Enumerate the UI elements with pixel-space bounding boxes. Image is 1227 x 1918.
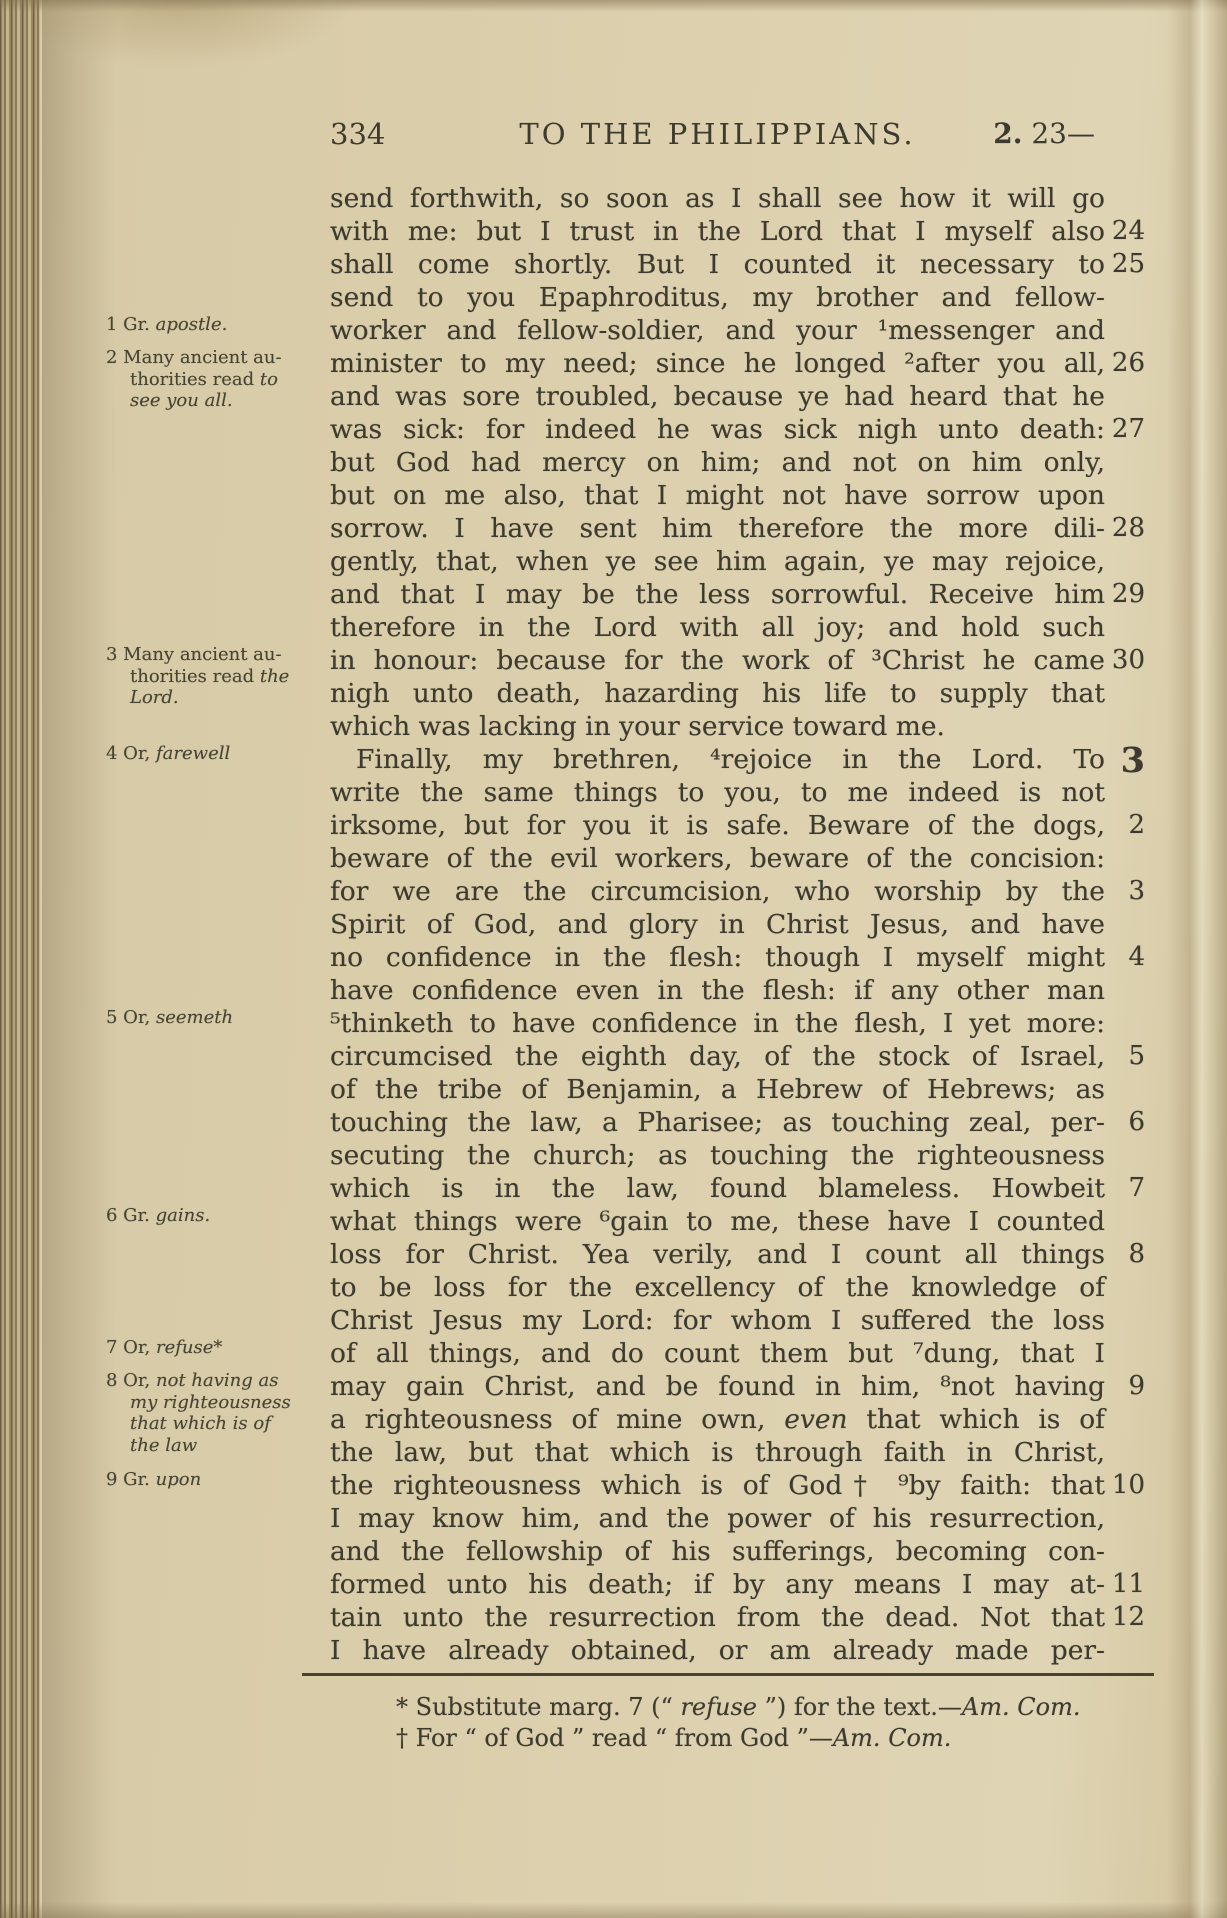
verse-text: send to you Epaphroditus, my brother and… xyxy=(330,281,1105,314)
italic-text: gains. xyxy=(156,1205,211,1226)
text-run: I may know him, and the power of his res… xyxy=(330,1503,1105,1534)
margin-note: 3 Many ancient au-thorities read theLord… xyxy=(106,644,328,709)
text-run: minister to my need; since he longed ²af… xyxy=(330,348,1105,379)
verse-text: no confidence in the flesh: though I mys… xyxy=(330,941,1105,974)
page-header: 334 TO THE PHILIPPIANS. 2. 23— xyxy=(330,116,1105,156)
text-run: in honour: because for the work of ³Chri… xyxy=(330,645,1105,676)
margin-note-line: 2 Many ancient au- xyxy=(130,347,328,369)
text-line: send to you Epaphroditus, my brother and… xyxy=(330,281,1145,314)
italic-text: the law xyxy=(130,1435,197,1456)
verse-text: nigh unto death, hazarding his life to s… xyxy=(330,677,1105,710)
text-run: 8 Or, xyxy=(106,1370,156,1391)
text-line: ⁵thinketh to have confidence in the fles… xyxy=(330,1007,1145,1040)
text-line: tain unto the resurrection from the dead… xyxy=(330,1601,1145,1634)
verse-text: send forthwith, so soon as I shall see h… xyxy=(330,182,1105,215)
verse-number xyxy=(1105,1007,1145,1040)
verse-number: 3 xyxy=(1105,875,1145,908)
text-line: but on me also, that I might not have so… xyxy=(330,479,1145,512)
verse-text: worker and fellow-soldier, and your ¹mes… xyxy=(330,314,1105,347)
text-run: tain unto the resurrection from the dead… xyxy=(330,1602,1105,1633)
body-text: send forthwith, so soon as I shall see h… xyxy=(330,182,1145,1667)
margin-note-line: 7 Or, refuse* xyxy=(130,1337,328,1359)
verse-number: 26 xyxy=(1105,347,1145,380)
verse-number xyxy=(1105,908,1145,941)
margin-note-line: my righteousness xyxy=(130,1392,328,1414)
margin-note-line: 3 Many ancient au- xyxy=(130,644,328,666)
text-run: 4 Or, xyxy=(106,743,156,764)
text-line: with me: but I trust in the Lord that I … xyxy=(330,215,1145,248)
italic-text: the xyxy=(260,666,289,687)
text-run: beware of the evil workers, beware of th… xyxy=(330,843,1105,874)
verse-reference-verses: 23— xyxy=(1022,117,1095,150)
verse-text: was sick: for indeed he was sick nigh un… xyxy=(330,413,1105,446)
margin-note-line: 1 Gr. apostle. xyxy=(130,314,328,336)
text-line: may gain Christ, and be found in him, ⁸n… xyxy=(330,1370,1145,1403)
verse-number: 10 xyxy=(1105,1469,1145,1502)
text-line: worker and fellow-soldier, and your ¹mes… xyxy=(330,314,1145,347)
margin-note-line: Lord. xyxy=(130,687,328,709)
text-run: touching the law, a Pharisee; as touchin… xyxy=(330,1107,1105,1138)
italic-text: that which is of xyxy=(130,1413,271,1434)
text-run: write the same things to you, to me inde… xyxy=(330,777,1105,808)
text-line: and that I may be the less sorrowful. Re… xyxy=(330,578,1145,611)
italic-text: farewell xyxy=(156,743,230,764)
verse-text: the righteousness which is of God† ⁹by f… xyxy=(330,1469,1105,1502)
verse-number: 9 xyxy=(1105,1370,1145,1403)
verse-number xyxy=(1105,1205,1145,1238)
text-line: for we are the circumcision, who worship… xyxy=(330,875,1145,908)
margin-note-line: see you all. xyxy=(130,390,328,412)
book-page-edges xyxy=(0,0,42,1918)
verse-number: 11 xyxy=(1105,1568,1145,1601)
text-line: have confidence even in the flesh: if an… xyxy=(330,974,1145,1007)
scanned-book-page: 334 TO THE PHILIPPIANS. 2. 23— 1 Gr. apo… xyxy=(0,0,1227,1918)
text-line: to be loss for the excellency of the kno… xyxy=(330,1271,1145,1304)
margin-note: 7 Or, refuse* xyxy=(106,1337,328,1359)
margin-note: 4 Or, farewell xyxy=(106,743,328,765)
text-run: therefore in the Lord with all joy; and … xyxy=(330,612,1105,643)
text-run: to be loss for the excellency of the kno… xyxy=(330,1272,1105,1303)
margin-note-line: the law xyxy=(130,1435,328,1457)
verse-text: I have already obtained, or am already m… xyxy=(330,1634,1105,1667)
text-line: the righteousness which is of God† ⁹by f… xyxy=(330,1469,1145,1502)
text-run: and the fellowship of his sufferings, be… xyxy=(330,1536,1105,1567)
verse-text: touching the law, a Pharisee; as touchin… xyxy=(330,1106,1105,1139)
verse-text: loss for Christ. Yea verily, and I count… xyxy=(330,1238,1105,1271)
italic-text: to xyxy=(260,369,278,390)
verse-text: gently, that, when ye see him again, ye … xyxy=(330,545,1105,578)
text-run: what things were ⁶gain to me, these have… xyxy=(330,1206,1105,1237)
verse-text: shall come shortly. But I counted it nec… xyxy=(330,248,1105,281)
verse-number xyxy=(1105,611,1145,644)
verse-number xyxy=(1105,1634,1145,1667)
text-run: circumcised the eighth day, of the stock… xyxy=(330,1041,1105,1072)
text-run: was sick: for indeed he was sick nigh un… xyxy=(330,414,1105,445)
verse-number xyxy=(1105,710,1145,743)
verse-number xyxy=(1105,1502,1145,1535)
text-run: which was lacking in your service toward… xyxy=(330,711,945,742)
verse-text: in honour: because for the work of ³Chri… xyxy=(330,644,1105,677)
text-line: touching the law, a Pharisee; as touchin… xyxy=(330,1106,1145,1139)
text-run: Christ Jesus my Lord: for whom I suffere… xyxy=(330,1305,1105,1336)
verse-text: secuting the church; as touching the rig… xyxy=(330,1139,1105,1172)
text-line: a righteousness of mine own, even that w… xyxy=(330,1403,1145,1436)
text-line: circumcised the eighth day, of the stock… xyxy=(330,1040,1145,1073)
text-line: was sick: for indeed he was sick nigh un… xyxy=(330,413,1145,446)
verse-number: 6 xyxy=(1105,1106,1145,1139)
margin-note-line: 4 Or, farewell xyxy=(130,743,328,765)
footnote-line: * Substitute marg. 7 (“ refuse ”) for th… xyxy=(396,1692,1116,1723)
running-title: TO THE PHILIPPIANS. xyxy=(330,116,1105,152)
italic-text: Lord. xyxy=(130,687,179,708)
verse-text: have confidence even in the flesh: if an… xyxy=(330,974,1105,1007)
margin-note-line: thorities read the xyxy=(130,666,328,688)
margin-note: 9 Gr. upon xyxy=(106,1469,328,1491)
verse-number: 8 xyxy=(1105,1238,1145,1271)
text-line: I may know him, and the power of his res… xyxy=(330,1502,1145,1535)
footnotes: * Substitute marg. 7 (“ refuse ”) for th… xyxy=(396,1692,1116,1754)
italic-text: my righteousness xyxy=(130,1392,291,1413)
verse-number xyxy=(1105,380,1145,413)
verse-number: 29 xyxy=(1105,578,1145,611)
verse-number: 25 xyxy=(1105,248,1145,281)
verse-number xyxy=(1105,545,1145,578)
italic-text: seemeth xyxy=(156,1007,233,1028)
verse-number xyxy=(1105,1337,1145,1370)
text-line: the law, but that which is through faith… xyxy=(330,1436,1145,1469)
text-run: irksome, but for you it is safe. Beware … xyxy=(330,810,1105,841)
text-run: thorities read xyxy=(130,666,260,687)
verse-number xyxy=(1105,1304,1145,1337)
text-line: in honour: because for the work of ³Chri… xyxy=(330,644,1145,677)
text-run: sorrow. I have sent him therefore the mo… xyxy=(330,513,1105,544)
italic-text: refuse* xyxy=(156,1337,222,1358)
verse-number xyxy=(1105,677,1145,710)
verse-text: tain unto the resurrection from the dead… xyxy=(330,1601,1105,1634)
verse-text: and was sore troubled, because ye had he… xyxy=(330,380,1105,413)
verse-text: formed unto his death; if by any means I… xyxy=(330,1568,1105,1601)
gutter-shadow xyxy=(42,0,117,1918)
verse-text: and that I may be the less sorrowful. Re… xyxy=(330,578,1105,611)
text-line: and was sore troubled, because ye had he… xyxy=(330,380,1145,413)
text-run: Finally, my brethren, ⁴rejoice in the Lo… xyxy=(356,744,1105,775)
text-run: which is in the law, found blameless. Ho… xyxy=(330,1173,1105,1204)
verse-text: of the tribe of Benjamin, a Hebrew of He… xyxy=(330,1073,1105,1106)
margin-note: 1 Gr. apostle. xyxy=(106,314,328,336)
verse-text: to be loss for the excellency of the kno… xyxy=(330,1271,1105,1304)
verse-text: the law, but that which is through faith… xyxy=(330,1436,1105,1469)
verse-number xyxy=(1105,842,1145,875)
text-line: therefore in the Lord with all joy; and … xyxy=(330,611,1145,644)
footnote-line: † For “ of God ” read “ from God ”—Am. C… xyxy=(396,1723,1116,1754)
verse-number xyxy=(1105,281,1145,314)
margin-note-line: 9 Gr. upon xyxy=(130,1469,328,1491)
text-run: have confidence even in the flesh: if an… xyxy=(330,975,1105,1006)
italic-text: refuse xyxy=(680,1693,757,1721)
verse-reference-chapter: 2. xyxy=(993,117,1022,150)
text-line: which was lacking in your service toward… xyxy=(330,710,1145,743)
verse-text: for we are the circumcision, who worship… xyxy=(330,875,1105,908)
verse-number: 2 xyxy=(1105,809,1145,842)
margin-note: 5 Or, seemeth xyxy=(106,1007,328,1029)
verse-text: therefore in the Lord with all joy; and … xyxy=(330,611,1105,644)
text-line: send forthwith, so soon as I shall see h… xyxy=(330,182,1145,215)
text-run: ⁵thinketh to have confidence in the fles… xyxy=(330,1008,1105,1039)
text-line: which is in the law, found blameless. Ho… xyxy=(330,1172,1145,1205)
verse-text: Finally, my brethren, ⁴rejoice in the Lo… xyxy=(330,743,1105,776)
text-run: worker and fellow-soldier, and your ¹mes… xyxy=(330,315,1105,346)
text-run: no confidence in the flesh: though I mys… xyxy=(330,942,1105,973)
top-edge-shadow xyxy=(0,0,1227,12)
verse-text: but God had mercy on him; and not on him… xyxy=(330,446,1105,479)
text-run: loss for Christ. Yea verily, and I count… xyxy=(330,1239,1105,1270)
text-run: formed unto his death; if by any means I… xyxy=(330,1569,1105,1600)
text-line: shall come shortly. But I counted it nec… xyxy=(330,248,1145,281)
margin-note-line: 8 Or, not having as xyxy=(130,1370,328,1392)
text-run: the righteousness which is of God† ⁹by f… xyxy=(330,1470,1105,1501)
bottom-edge-shadow xyxy=(0,1902,1227,1918)
text-run: nigh unto death, hazarding his life to s… xyxy=(330,678,1105,709)
verse-number xyxy=(1105,1535,1145,1568)
text-line: formed unto his death; if by any means I… xyxy=(330,1568,1145,1601)
text-run: 9 Gr. xyxy=(106,1469,156,1490)
text-run: secuting the church; as touching the rig… xyxy=(330,1140,1105,1171)
text-line: secuting the church; as touching the rig… xyxy=(330,1139,1145,1172)
text-line: and the fellowship of his sufferings, be… xyxy=(330,1535,1145,1568)
text-run: 2 Many ancient au- xyxy=(106,347,282,368)
verse-number xyxy=(1105,776,1145,809)
italic-text: see you all. xyxy=(130,390,233,411)
text-run: thorities read xyxy=(130,369,260,390)
page-curl-edge xyxy=(1167,0,1227,1918)
verse-text: with me: but I trust in the Lord that I … xyxy=(330,215,1105,248)
text-run: send forthwith, so soon as I shall see h… xyxy=(330,183,1105,214)
verse-number xyxy=(1105,974,1145,1007)
verse-text: irksome, but for you it is safe. Beware … xyxy=(330,809,1105,842)
verse-number xyxy=(1105,1139,1145,1172)
text-run: 6 Gr. xyxy=(106,1205,156,1226)
italic-text: Am. Com. xyxy=(833,1724,952,1752)
text-run: but on me also, that I might not have so… xyxy=(330,480,1105,511)
text-line: Spirit of God, and glory in Christ Jesus… xyxy=(330,908,1145,941)
text-line: but God had mercy on him; and not on him… xyxy=(330,446,1145,479)
text-run: ”) for the text.— xyxy=(757,1693,962,1721)
verse-text: and the fellowship of his sufferings, be… xyxy=(330,1535,1105,1568)
italic-text: even xyxy=(784,1404,847,1435)
text-run: † For “ of God ” read “ from God ”— xyxy=(396,1724,833,1752)
text-run: 1 Gr. xyxy=(106,314,156,335)
text-line: irksome, but for you it is safe. Beware … xyxy=(330,809,1145,842)
verse-number: 7 xyxy=(1105,1172,1145,1205)
margin-note: 2 Many ancient au-thorities read tosee y… xyxy=(106,347,328,412)
text-line: of the tribe of Benjamin, a Hebrew of He… xyxy=(330,1073,1145,1106)
text-line: minister to my need; since he longed ²af… xyxy=(330,347,1145,380)
verse-number: 12 xyxy=(1105,1601,1145,1634)
margin-note-line: 6 Gr. gains. xyxy=(130,1205,328,1227)
text-run: of the tribe of Benjamin, a Hebrew of He… xyxy=(330,1074,1105,1105)
text-line: write the same things to you, to me inde… xyxy=(330,776,1145,809)
text-run: I have already obtained, or am already m… xyxy=(330,1635,1105,1666)
verse-text: minister to my need; since he longed ²af… xyxy=(330,347,1105,380)
text-run: and that I may be the less sorrowful. Re… xyxy=(330,579,1105,610)
text-run: * Substitute marg. 7 (“ xyxy=(396,1693,680,1721)
verse-number xyxy=(1105,479,1145,512)
verse-text: write the same things to you, to me inde… xyxy=(330,776,1105,809)
italic-text: upon xyxy=(156,1469,202,1490)
verse-number: 28 xyxy=(1105,512,1145,545)
text-run: with me: but I trust in the Lord that I … xyxy=(330,216,1105,247)
text-line: no confidence in the flesh: though I mys… xyxy=(330,941,1145,974)
verse-number xyxy=(1105,314,1145,347)
text-run: send to you Epaphroditus, my brother and… xyxy=(330,282,1105,313)
verse-number xyxy=(1105,1436,1145,1469)
text-run: but God had mercy on him; and not on him… xyxy=(330,447,1105,478)
footnote-rule xyxy=(302,1673,1154,1676)
text-run: that which is of xyxy=(848,1404,1105,1435)
text-run: Spirit of God, and glory in Christ Jesus… xyxy=(330,909,1105,940)
verse-number xyxy=(1105,1271,1145,1304)
text-run: a righteousness of mine own, xyxy=(330,1404,784,1435)
italic-text: Am. Com. xyxy=(962,1693,1081,1721)
text-line: gently, that, when ye see him again, ye … xyxy=(330,545,1145,578)
verse-text: may gain Christ, and be found in him, ⁸n… xyxy=(330,1370,1105,1403)
italic-text: apostle. xyxy=(156,314,228,335)
text-run: the law, but that which is through faith… xyxy=(330,1437,1105,1468)
verse-text: ⁵thinketh to have confidence in the fles… xyxy=(330,1007,1105,1040)
text-line: nigh unto death, hazarding his life to s… xyxy=(330,677,1145,710)
verse-text: beware of the evil workers, beware of th… xyxy=(330,842,1105,875)
margin-note-line: 5 Or, seemeth xyxy=(130,1007,328,1029)
text-run: gently, that, when ye see him again, ye … xyxy=(330,546,1105,577)
verse-text: which is in the law, found blameless. Ho… xyxy=(330,1172,1105,1205)
text-run: 5 Or, xyxy=(106,1007,156,1028)
text-run: may gain Christ, and be found in him, ⁸n… xyxy=(330,1371,1105,1402)
chapter-number: 3 xyxy=(1105,743,1145,776)
margin-note-line: thorities read to xyxy=(130,369,328,391)
text-line: what things were ⁶gain to me, these have… xyxy=(330,1205,1145,1238)
text-line: sorrow. I have sent him therefore the mo… xyxy=(330,512,1145,545)
verse-text: which was lacking in your service toward… xyxy=(330,710,1105,743)
text-line: beware of the evil workers, beware of th… xyxy=(330,842,1145,875)
text-line: Finally, my brethren, ⁴rejoice in the Lo… xyxy=(330,743,1145,776)
verse-text: what things were ⁶gain to me, these have… xyxy=(330,1205,1105,1238)
margin-note: 6 Gr. gains. xyxy=(106,1205,328,1227)
verse-number: 30 xyxy=(1105,644,1145,677)
text-run: 3 Many ancient au- xyxy=(106,644,282,665)
verse-text: Christ Jesus my Lord: for whom I suffere… xyxy=(330,1304,1105,1337)
verse-number: 4 xyxy=(1105,941,1145,974)
verse-reference: 2. 23— xyxy=(993,116,1095,152)
verse-number: 24 xyxy=(1105,215,1145,248)
verse-text: sorrow. I have sent him therefore the mo… xyxy=(330,512,1105,545)
verse-number xyxy=(1105,1403,1145,1436)
text-run: 7 Or, xyxy=(106,1337,156,1358)
verse-text: Spirit of God, and glory in Christ Jesus… xyxy=(330,908,1105,941)
margin-note-line: that which is of xyxy=(130,1413,328,1435)
verse-number xyxy=(1105,446,1145,479)
text-line: I have already obtained, or am already m… xyxy=(330,1634,1145,1667)
text-line: of all things, and do count them but ⁷du… xyxy=(330,1337,1145,1370)
text-run: shall come shortly. But I counted it nec… xyxy=(330,249,1105,280)
verse-number xyxy=(1105,182,1145,215)
margin-note: 8 Or, not having asmy righteousnessthat … xyxy=(106,1370,328,1456)
text-run: and was sore troubled, because ye had he… xyxy=(330,381,1105,412)
italic-text: not having as xyxy=(156,1370,278,1391)
verse-number: 27 xyxy=(1105,413,1145,446)
text-line: loss for Christ. Yea verily, and I count… xyxy=(330,1238,1145,1271)
verse-text: circumcised the eighth day, of the stock… xyxy=(330,1040,1105,1073)
verse-text: but on me also, that I might not have so… xyxy=(330,479,1105,512)
text-run: for we are the circumcision, who worship… xyxy=(330,876,1105,907)
verse-text: of all things, and do count them but ⁷du… xyxy=(330,1337,1105,1370)
verse-text: a righteousness of mine own, even that w… xyxy=(330,1403,1105,1436)
text-line: Christ Jesus my Lord: for whom I suffere… xyxy=(330,1304,1145,1337)
verse-number: 5 xyxy=(1105,1040,1145,1073)
verse-text: I may know him, and the power of his res… xyxy=(330,1502,1105,1535)
text-run: of all things, and do count them but ⁷du… xyxy=(330,1338,1105,1369)
verse-number xyxy=(1105,1073,1145,1106)
